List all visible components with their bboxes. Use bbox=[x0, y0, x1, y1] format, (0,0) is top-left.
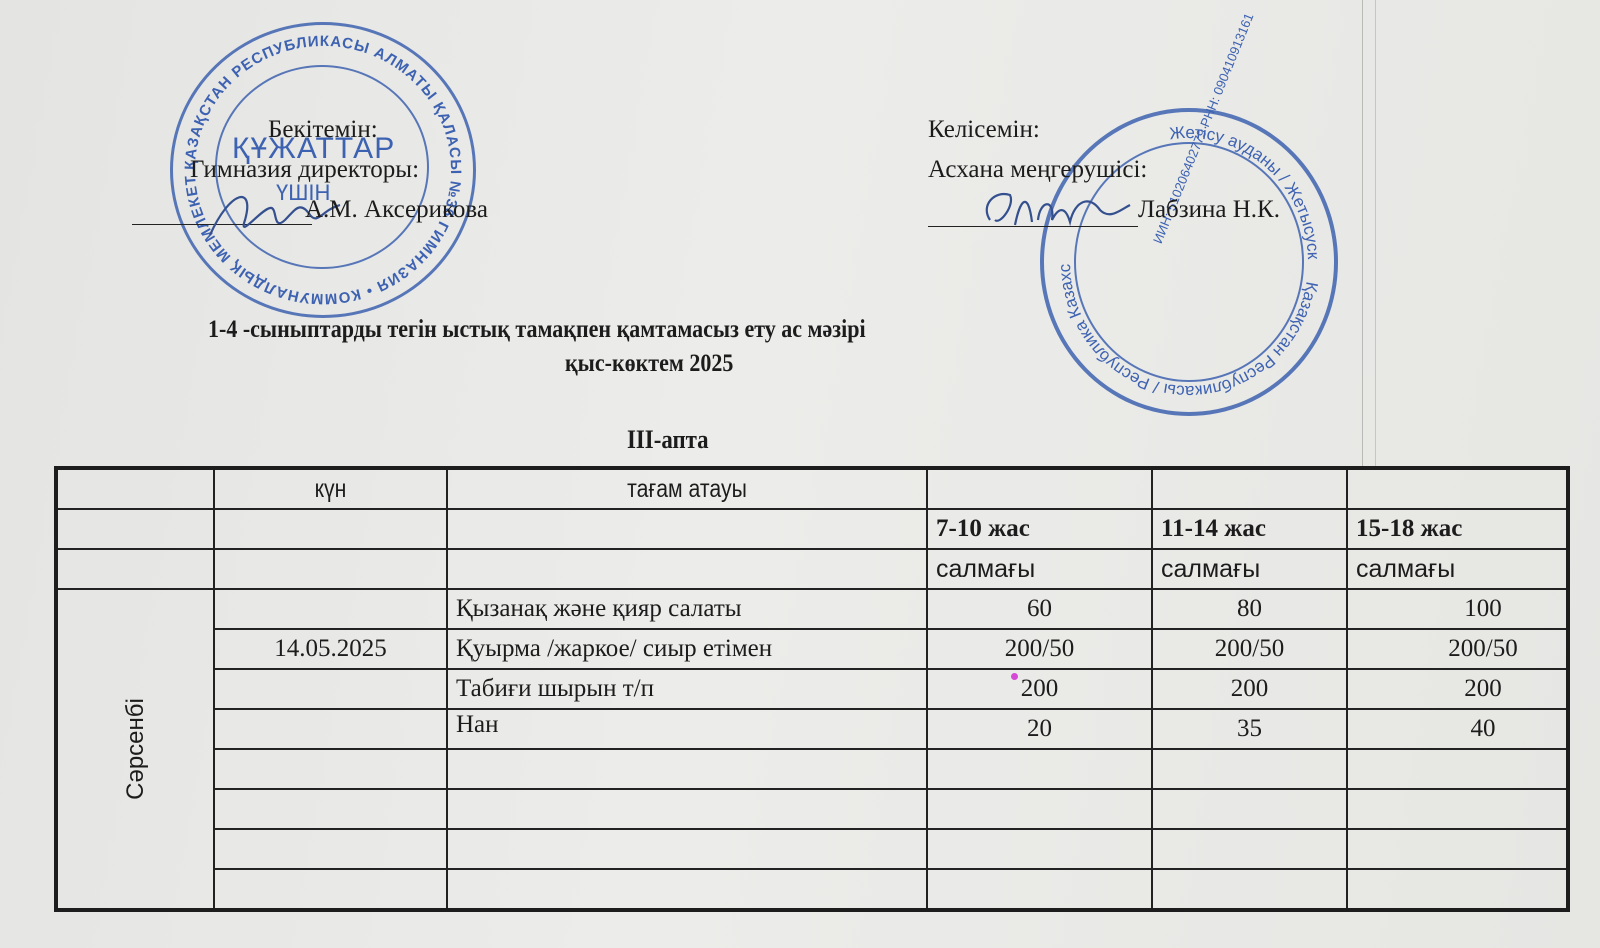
dish-name bbox=[447, 829, 927, 869]
table-header-row: 7-10 жас 11-14 жас 15-18 жас bbox=[56, 509, 1568, 549]
paper-fold-line bbox=[1375, 0, 1376, 470]
menu-table: күн тағам атауы 7-10 жас 11-14 жас 15-18… bbox=[54, 466, 1570, 912]
weight-7-10 bbox=[927, 789, 1152, 829]
date-cell bbox=[214, 709, 447, 749]
weight-label: салмағы bbox=[927, 549, 1152, 589]
document-subtitle: қыс-көктем 2025 bbox=[565, 350, 733, 378]
weight-11-14 bbox=[1152, 749, 1347, 789]
table-row: Нан 20 35 40 bbox=[56, 709, 1568, 749]
dish-name: Нан bbox=[447, 709, 927, 749]
agreement-label: Келісемін: bbox=[928, 115, 1040, 145]
weight-label: салмағы bbox=[1152, 549, 1347, 589]
header-empty-cell bbox=[214, 509, 447, 549]
table-row: Сәрсенбі Қызанақ және қияр салаты 60 80 … bbox=[56, 589, 1568, 629]
weight-11-14: 35 bbox=[1152, 709, 1347, 749]
date-cell bbox=[214, 669, 447, 709]
weight-11-14: 80 bbox=[1152, 589, 1347, 629]
weight-15-18 bbox=[1347, 829, 1568, 869]
weight-7-10: 20 bbox=[927, 709, 1152, 749]
day-of-week: Сәрсенбі bbox=[117, 698, 155, 800]
table-row: Табиғи шырын т/п 200 200 200 bbox=[56, 669, 1568, 709]
weight-11-14 bbox=[1152, 869, 1347, 910]
weight-15-18: 200 bbox=[1347, 669, 1568, 709]
header-empty-cell bbox=[56, 549, 214, 589]
table-header-row: күн тағам атауы bbox=[56, 468, 1568, 509]
table-row bbox=[56, 829, 1568, 869]
header-empty-cell bbox=[56, 509, 214, 549]
weight-11-14: 200 bbox=[1152, 669, 1347, 709]
header-empty-cell bbox=[1347, 468, 1568, 509]
header-empty-cell bbox=[214, 549, 447, 589]
weight-11-14 bbox=[1152, 829, 1347, 869]
weight-7-10: 200/50 bbox=[927, 629, 1152, 669]
dish-name bbox=[447, 749, 927, 789]
weight-15-18: 100 bbox=[1347, 589, 1568, 629]
date-cell bbox=[214, 829, 447, 869]
week-label: ІІІ-апта bbox=[627, 425, 709, 455]
weight-15-18: 40 bbox=[1347, 709, 1568, 749]
header-empty-cell bbox=[927, 468, 1152, 509]
age-group-11-14: 11-14 жас bbox=[1152, 509, 1347, 549]
header-empty-cell bbox=[56, 468, 214, 509]
manager-signature-icon bbox=[970, 180, 1140, 240]
weight-7-10 bbox=[927, 869, 1152, 910]
table-row bbox=[56, 869, 1568, 910]
table-row bbox=[56, 749, 1568, 789]
dish-name: Қызанақ және қияр салаты bbox=[447, 589, 927, 629]
age-group-7-10: 7-10 жас bbox=[927, 509, 1152, 549]
dish-name: Қуырма /жаркое/ сиыр етімен bbox=[447, 629, 927, 669]
day-of-week-cell: Сәрсенбі bbox=[56, 589, 214, 910]
weight-7-10: 200 bbox=[927, 669, 1152, 709]
weight-11-14 bbox=[1152, 789, 1347, 829]
paper-fold-line bbox=[1362, 0, 1363, 470]
age-group-15-18: 15-18 жас bbox=[1347, 509, 1568, 549]
header-day: күн bbox=[231, 468, 429, 509]
header-empty-cell bbox=[447, 549, 927, 589]
document-title: 1-4 -сыныптарды тегін ыстық тамақпен қам… bbox=[208, 316, 866, 344]
header-empty-cell bbox=[1152, 468, 1347, 509]
weight-15-18 bbox=[1347, 869, 1568, 910]
date-cell bbox=[214, 869, 447, 910]
director-name: А.М. Аксерикова bbox=[305, 195, 488, 225]
svg-text:Қазақстан Республикасы / Респу: Қазақстан Республикасы / Республика Каза… bbox=[1040, 108, 1321, 401]
weight-7-10 bbox=[927, 829, 1152, 869]
dish-name bbox=[447, 869, 927, 910]
weight-11-14: 200/50 bbox=[1152, 629, 1347, 669]
ink-dot bbox=[1011, 673, 1018, 680]
weight-label: салмағы bbox=[1347, 549, 1568, 589]
table-row: 14.05.2025 Қуырма /жаркое/ сиыр етімен 2… bbox=[56, 629, 1568, 669]
weight-15-18: 200/50 bbox=[1347, 629, 1568, 669]
weight-15-18 bbox=[1347, 789, 1568, 829]
date-cell bbox=[214, 749, 447, 789]
dish-name: Табиғи шырын т/п bbox=[447, 669, 927, 709]
header-empty-cell bbox=[447, 509, 927, 549]
table-header-row: салмағы салмағы салмағы bbox=[56, 549, 1568, 589]
table-row bbox=[56, 789, 1568, 829]
date-cell bbox=[214, 589, 447, 629]
menu-date: 14.05.2025 bbox=[214, 629, 447, 669]
date-cell bbox=[214, 789, 447, 829]
weight-7-10 bbox=[927, 749, 1152, 789]
manager-name: Лабзина Н.К. bbox=[1138, 195, 1280, 225]
header-dish-name: тағам атауы bbox=[483, 468, 891, 509]
approval-label: Бекітемін: bbox=[268, 115, 378, 145]
dish-name bbox=[447, 789, 927, 829]
weight-7-10: 60 bbox=[927, 589, 1152, 629]
weight-15-18 bbox=[1347, 749, 1568, 789]
